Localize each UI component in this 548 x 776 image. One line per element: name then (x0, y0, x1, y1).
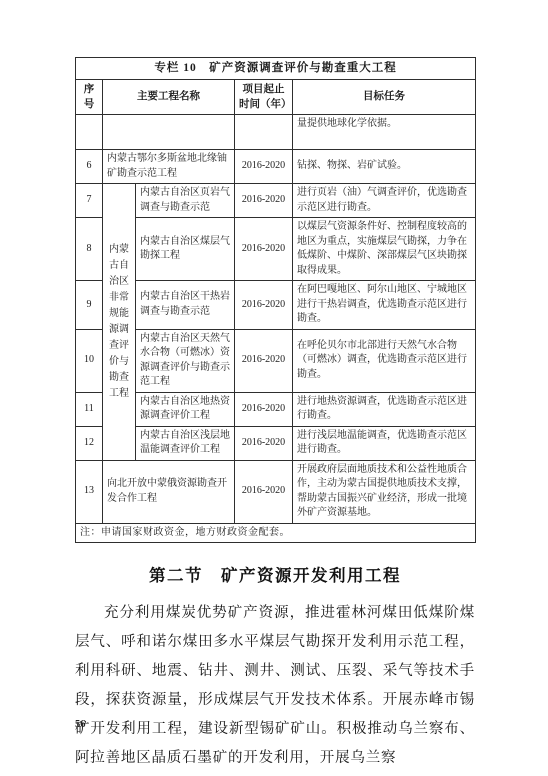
table-row: 量提供地球化学依据。 (76, 115, 476, 150)
cell-task: 进行浅层地温能调查，优选勘查示范区进行勘查。 (293, 426, 476, 460)
cell-task: 在阿巴嘎地区、阿尔山地区、宁城地区进行干热岩调查，优选勘查示范区进行勘查。 (293, 281, 476, 330)
cell-period (235, 115, 293, 150)
column-header-index: 序号 (76, 79, 103, 114)
project-table: 专栏 10 矿产资源调查评价与勘查重大工程 序号 主要工程名称 项目起止时间（年… (75, 57, 476, 543)
table-note: 注：申请国家财政资金，地方财政资金配套。 (76, 523, 476, 543)
table-title: 专栏 10 矿产资源调查评价与勘查重大工程 (76, 58, 476, 80)
cell-period: 2016-2020 (235, 218, 293, 281)
cell-index: 12 (76, 426, 103, 460)
table-row: 12 内蒙古自治区浅层地温能调查评价工程 2016-2020 进行浅层地温能调查… (76, 426, 476, 460)
column-header-task: 目标任务 (293, 79, 476, 114)
cell-task: 进行页岩（油）气调查评价，优选勘查示范区进行勘查。 (293, 184, 476, 218)
cell-task: 以煤层气资源条件好、控制程度较高的地区为重点，实施煤层气勘探，力争在低煤阶、中煤… (293, 218, 476, 281)
table-header-row: 序号 主要工程名称 项目起止时间（年） 目标任务 (76, 79, 476, 114)
cell-index: 13 (76, 460, 103, 523)
cell-task: 在呼伦贝尔市北部进行天然气水合物（可燃冰）调查，优选勘查示范区进行勘查。 (293, 329, 476, 392)
table-row: 8 内蒙古自治区煤层气勘探工程 2016-2020 以煤层气资源条件好、控制程度… (76, 218, 476, 281)
cell-period: 2016-2020 (235, 184, 293, 218)
section-heading: 第二节 矿产资源开发利用工程 (75, 562, 475, 586)
cell-index (76, 115, 103, 150)
cell-task: 开展政府层面地质技术和公益性地质合作，主动为蒙古国提供地质技术支撑，帮助蒙古国振… (293, 460, 476, 523)
cell-name: 内蒙古鄂尔多斯盆地北缘铀矿勘查示范工程 (103, 150, 235, 184)
cell-task: 钻探、物探、岩矿试验。 (293, 150, 476, 184)
cell-name: 向北开放中蒙俄资源勘查开发合作工程 (103, 460, 235, 523)
cell-task: 量提供地球化学依据。 (293, 115, 476, 150)
cell-name: 内蒙古自治区浅层地温能调查评价工程 (136, 426, 235, 460)
cell-period: 2016-2020 (235, 281, 293, 330)
cell-index: 7 (76, 184, 103, 218)
column-header-name: 主要工程名称 (103, 79, 235, 114)
cell-period: 2016-2020 (235, 426, 293, 460)
cell-period: 2016-2020 (235, 150, 293, 184)
column-header-period: 项目起止时间（年） (235, 79, 293, 114)
cell-index: 6 (76, 150, 103, 184)
table-title-row: 专栏 10 矿产资源调查评价与勘查重大工程 (76, 58, 476, 80)
cell-name: 内蒙古自治区地热资源调查评价工程 (136, 392, 235, 426)
table-row: 11 内蒙古自治区地热资源调查评价工程 2016-2020 进行地热资源调查，优… (76, 392, 476, 426)
table-row: 6 内蒙古鄂尔多斯盆地北缘铀矿勘查示范工程 2016-2020 钻探、物探、岩矿… (76, 150, 476, 184)
table-note-row: 注：申请国家财政资金，地方财政资金配套。 (76, 523, 476, 543)
document-page: 专栏 10 矿产资源调查评价与勘查重大工程 序号 主要工程名称 项目起止时间（年… (0, 0, 548, 776)
body-paragraph: 充分利用煤炭优势矿产资源，推进霍林河煤田低煤阶煤层气、呼和诺尔煤田多水平煤层气勘… (75, 599, 475, 773)
table-row: 7 内蒙古自治区非常规能源调查评价与勘查工程 内蒙古自治区页岩气调查与勘查示范 … (76, 184, 476, 218)
cell-group-label: 内蒙古自治区非常规能源调查评价与勘查工程 (103, 184, 136, 461)
table-row: 10 内蒙古自治区天然气水合物（可燃冰）资源调查评价与勘查示范工程 2016-2… (76, 329, 476, 392)
cell-period: 2016-2020 (235, 460, 293, 523)
page-number: 56 (75, 719, 86, 730)
cell-name: 内蒙古自治区干热岩调查与勘查示范 (136, 281, 235, 330)
cell-name: 内蒙古自治区天然气水合物（可燃冰）资源调查评价与勘查示范工程 (136, 329, 235, 392)
cell-period: 2016-2020 (235, 392, 293, 426)
cell-name: 内蒙古自治区煤层气勘探工程 (136, 218, 235, 281)
cell-period: 2016-2020 (235, 329, 293, 392)
cell-index: 9 (76, 281, 103, 330)
cell-task: 进行地热资源调查，优选勘查示范区进行勘查。 (293, 392, 476, 426)
cell-name: 内蒙古自治区页岩气调查与勘查示范 (136, 184, 235, 218)
cell-index: 11 (76, 392, 103, 426)
cell-index: 10 (76, 329, 103, 392)
table-row: 13 向北开放中蒙俄资源勘查开发合作工程 2016-2020 开展政府层面地质技… (76, 460, 476, 523)
page-content: 专栏 10 矿产资源调查评价与勘查重大工程 序号 主要工程名称 项目起止时间（年… (75, 57, 475, 773)
table-row: 9 内蒙古自治区干热岩调查与勘查示范 2016-2020 在阿巴嘎地区、阿尔山地… (76, 281, 476, 330)
cell-name (103, 115, 235, 150)
cell-index: 8 (76, 218, 103, 281)
